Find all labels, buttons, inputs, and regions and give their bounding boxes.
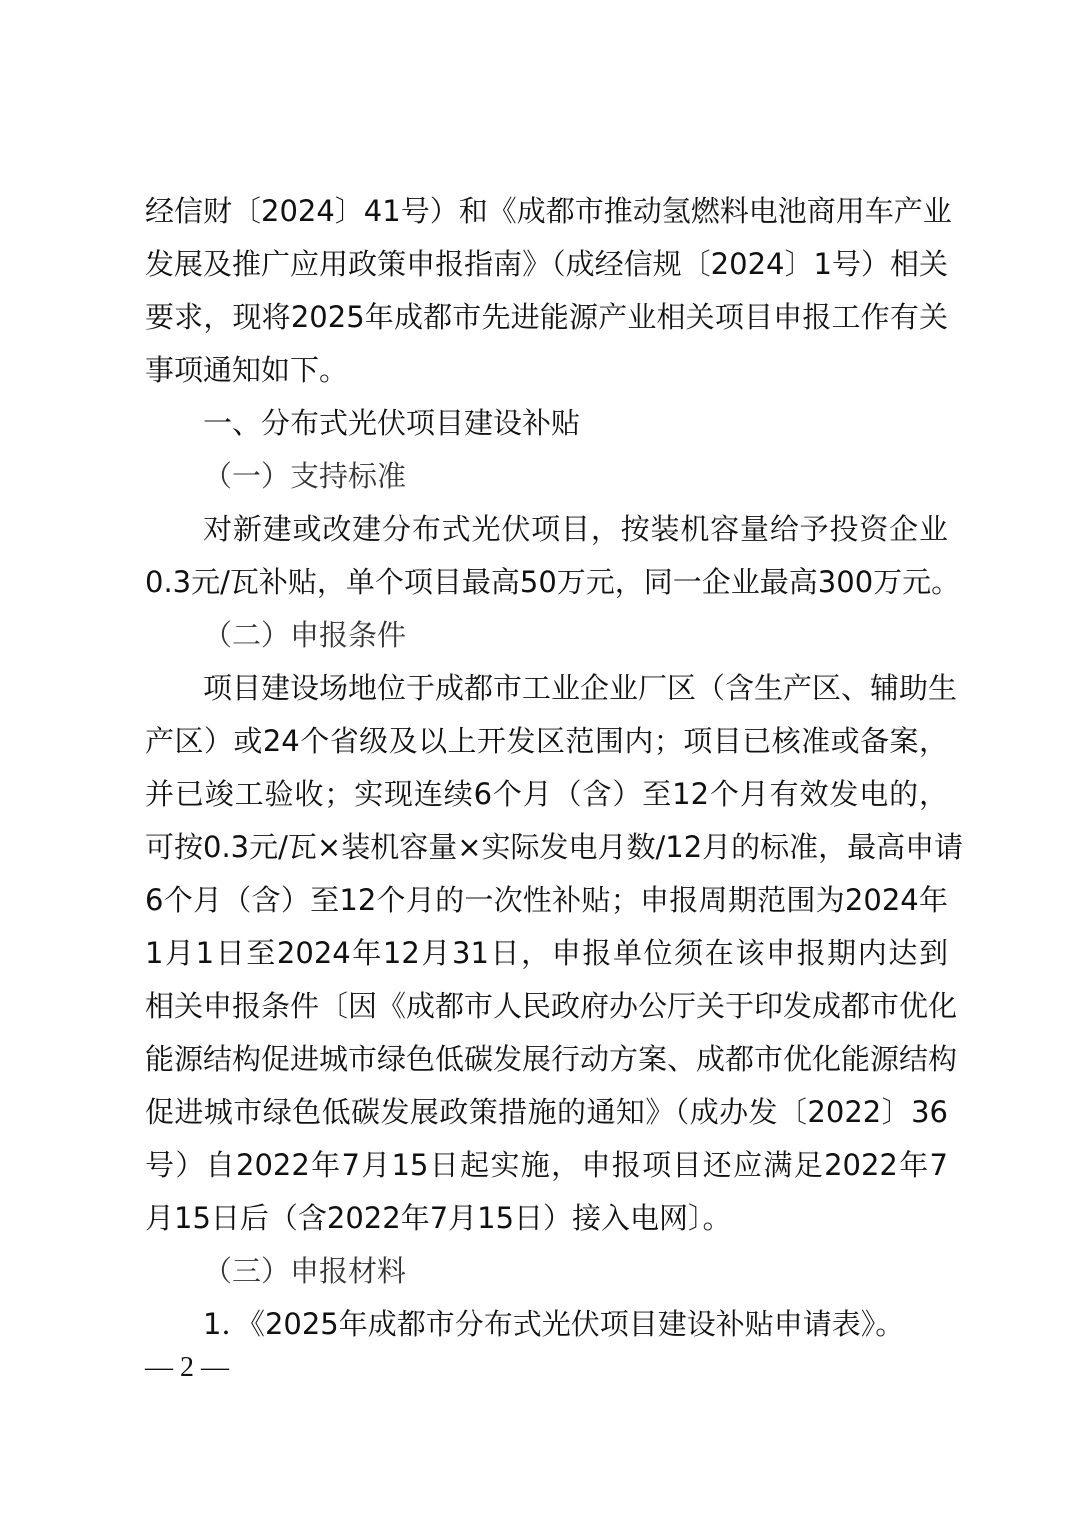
section-heading-1: 一、分布式光伏项目建设补贴 (145, 397, 948, 450)
paragraph-line: 1月1日至2024年12月31日，申报单位须在该申报期内达到 (145, 927, 948, 980)
list-item-application-form: 1．《2025年成都市分布式光伏项目建设补贴申请表》。 (145, 1298, 948, 1351)
subsection-heading-conditions: （二）申报条件 (145, 609, 948, 662)
paragraph-line: 发展及推广应用政策申报指南》（成经信规〔2024〕1号）相关 (145, 238, 948, 291)
paragraph-line: 可按0.3元/瓦×装机容量×实际发电月数/12月的标准，最高申请 (145, 821, 948, 874)
document-body: 经信财〔2024〕41号）和《成都市推动氢燃料电池商用车产业 发展及推广应用政策… (145, 185, 948, 1351)
paragraph-line: 相关申报条件〔因《成都市人民政府办公厅关于印发成都市优化 (145, 980, 948, 1033)
paragraph-line: 要求，现将2025年成都市先进能源产业相关项目申报工作有关 (145, 291, 948, 344)
paragraph-line: 号）自2022年7月15日起实施，申报项目还应满足2022年7 (145, 1139, 948, 1192)
subsection-heading-materials: （三）申报材料 (145, 1245, 948, 1298)
paragraph-line: 6个月（含）至12个月的一次性补贴；申报周期范围为2024年 (145, 874, 948, 927)
subsection-heading-support-standard: （一）支持标准 (145, 450, 948, 503)
paragraph-line: 事项通知如下。 (145, 344, 948, 397)
paragraph-line: 能源结构促进城市绿色低碳发展行动方案、成都市优化能源结构 (145, 1033, 948, 1086)
paragraph-line: 并已竣工验收；实现连续6个月（含）至12个月有效发电的， (145, 768, 948, 821)
paragraph-line: 月15日后（含2022年7月15日）接入电网〕。 (145, 1192, 948, 1245)
paragraph-line: 产区）或24个省级及以上开发区范围内；项目已核准或备案， (145, 715, 948, 768)
document-page: 经信财〔2024〕41号）和《成都市推动氢燃料电池商用车产业 发展及推广应用政策… (0, 0, 1080, 1528)
paragraph-line: 经信财〔2024〕41号）和《成都市推动氢燃料电池商用车产业 (145, 185, 948, 238)
paragraph-line: 项目建设场地位于成都市工业企业厂区（含生产区、辅助生 (145, 662, 948, 715)
paragraph-line: 促进城市绿色低碳发展政策措施的通知》（成办发〔2022〕36 (145, 1086, 948, 1139)
paragraph-line: 对新建或改建分布式光伏项目，按装机容量给予投资企业 (145, 503, 948, 556)
page-number: — 2 — (145, 1352, 229, 1384)
paragraph-line: 0.3元/瓦补贴，单个项目最高50万元，同一企业最高300万元。 (145, 556, 948, 609)
